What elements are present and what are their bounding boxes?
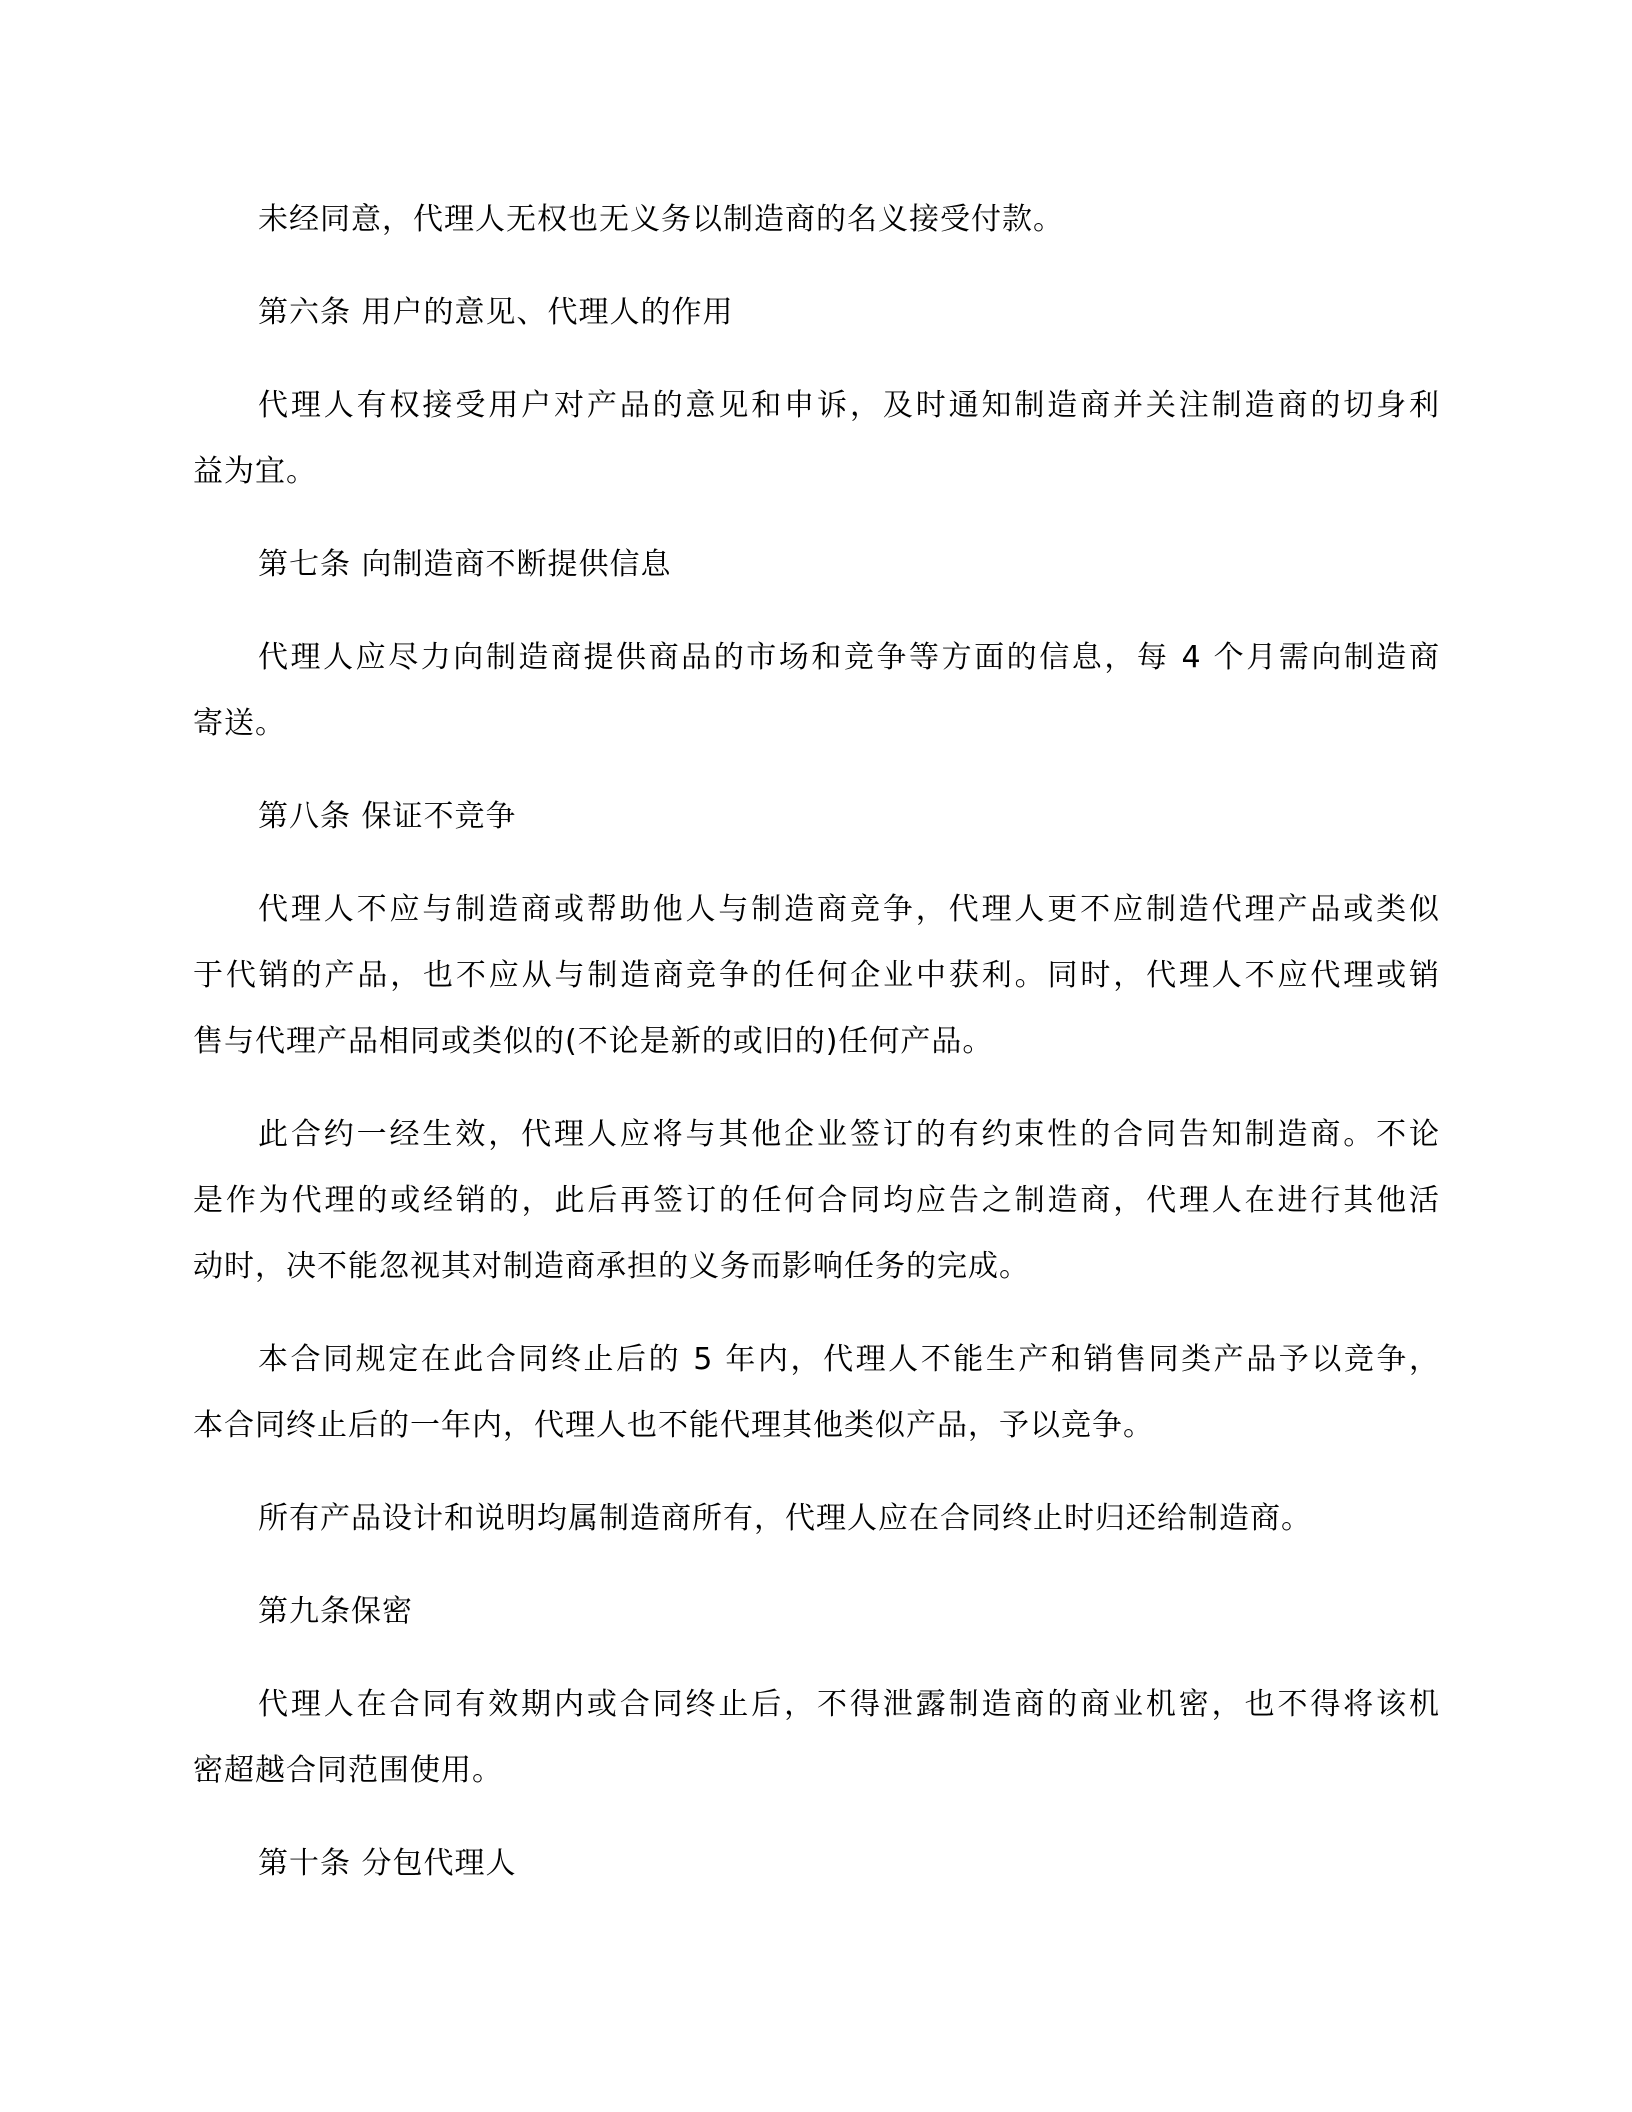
body-paragraph: 所有产品设计和说明均属制造商所有，代理人应在合同终止时归还给制造商。	[193, 1486, 1440, 1552]
text-line: 寄送。	[193, 691, 1440, 757]
text-line: 益为宜。	[193, 439, 1440, 505]
text-line: 动时，决不能忽视其对制造商承担的义务而影响任务的完成。	[193, 1234, 1440, 1300]
text-line: 密超越合同范围使用。	[193, 1738, 1440, 1804]
article-heading: 第九条保密	[193, 1579, 1440, 1645]
text-line: 是作为代理的或经销的，此后再签订的任何合同均应告之制造商，代理人在进行其他活	[193, 1168, 1440, 1234]
text-line: 第九条保密	[193, 1579, 1440, 1645]
body-paragraph: 此合约一经生效，代理人应将与其他企业签订的有约束性的合同告知制造商。不论是作为代…	[193, 1102, 1440, 1300]
text-line: 此合约一经生效，代理人应将与其他企业签订的有约束性的合同告知制造商。不论	[193, 1102, 1440, 1168]
text-line: 于代销的产品，也不应从与制造商竞争的任何企业中获利。同时，代理人不应代理或销	[193, 943, 1440, 1009]
document-content: 未经同意，代理人无权也无义务以制造商的名义接受付款。第六条 用户的意见、代理人的…	[193, 187, 1440, 1924]
text-line: 第七条 向制造商不断提供信息	[193, 532, 1440, 598]
body-paragraph: 代理人应尽力向制造商提供商品的市场和竞争等方面的信息，每 4 个月需向制造商寄送…	[193, 625, 1440, 757]
text-line: 未经同意，代理人无权也无义务以制造商的名义接受付款。	[193, 187, 1440, 253]
article-heading: 第八条 保证不竞争	[193, 784, 1440, 850]
body-paragraph: 代理人在合同有效期内或合同终止后，不得泄露制造商的商业机密，也不得将该机密超越合…	[193, 1672, 1440, 1804]
article-heading: 第十条 分包代理人	[193, 1831, 1440, 1897]
body-paragraph: 代理人有权接受用户对产品的意见和申诉，及时通知制造商并关注制造商的切身利益为宜。	[193, 373, 1440, 505]
text-line: 代理人不应与制造商或帮助他人与制造商竞争，代理人更不应制造代理产品或类似	[193, 877, 1440, 943]
body-paragraph: 未经同意，代理人无权也无义务以制造商的名义接受付款。	[193, 187, 1440, 253]
article-heading: 第六条 用户的意见、代理人的作用	[193, 280, 1440, 346]
body-paragraph: 本合同规定在此合同终止后的 5 年内，代理人不能生产和销售同类产品予以竞争，本合…	[193, 1327, 1440, 1459]
body-paragraph: 代理人不应与制造商或帮助他人与制造商竞争，代理人更不应制造代理产品或类似于代销的…	[193, 877, 1440, 1075]
text-line: 第八条 保证不竞争	[193, 784, 1440, 850]
text-line: 售与代理产品相同或类似的(不论是新的或旧的)任何产品。	[193, 1009, 1440, 1075]
text-line: 第六条 用户的意见、代理人的作用	[193, 280, 1440, 346]
text-line: 代理人应尽力向制造商提供商品的市场和竞争等方面的信息，每 4 个月需向制造商	[193, 625, 1440, 691]
text-line: 代理人有权接受用户对产品的意见和申诉，及时通知制造商并关注制造商的切身利	[193, 373, 1440, 439]
article-heading: 第七条 向制造商不断提供信息	[193, 532, 1440, 598]
text-line: 本合同终止后的一年内，代理人也不能代理其他类似产品，予以竞争。	[193, 1393, 1440, 1459]
text-line: 所有产品设计和说明均属制造商所有，代理人应在合同终止时归还给制造商。	[193, 1486, 1440, 1552]
text-line: 本合同规定在此合同终止后的 5 年内，代理人不能生产和销售同类产品予以竞争，	[193, 1327, 1440, 1393]
text-line: 代理人在合同有效期内或合同终止后，不得泄露制造商的商业机密，也不得将该机	[193, 1672, 1440, 1738]
text-line: 第十条 分包代理人	[193, 1831, 1440, 1897]
